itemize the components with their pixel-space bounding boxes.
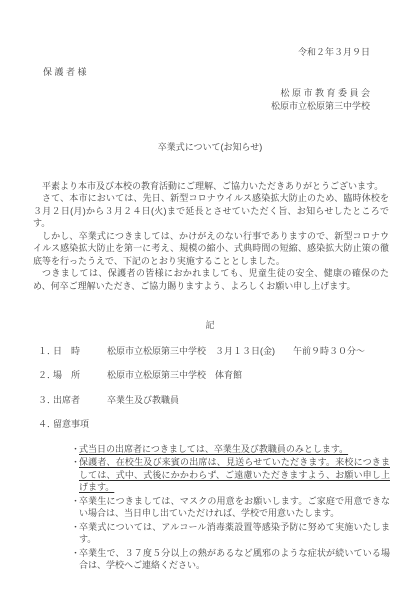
note-text: 卒業式については、アルコール消毒薬設置等感染予防に努めて実施いたします。 (79, 521, 390, 546)
note-bullet: ・ (71, 456, 79, 494)
document-title: 卒業式について(お知らせ) (0, 141, 420, 154)
list-item: ２． 場 所 松原市立松原第三中学校 体育館 (38, 369, 390, 382)
notice-document: 令和２年３月９日 保 護 者 様 松 原 市 教 育 委 員 会 松原市立松原第… (0, 0, 420, 597)
item-number: ２． (38, 369, 53, 382)
item-value (107, 418, 390, 431)
note-bullet: ・ (71, 443, 79, 456)
note-text: 卒業生で、３７度５分以上の熱があるなど風邪のような症状が続いている場合は、学校へ… (79, 547, 390, 572)
item-value: 卒業生及び教職員 (107, 394, 390, 407)
list-item: ４． 留意事項 (38, 418, 390, 431)
note-item: ・ 式当日の出席者につきましては、卒業生及び教職員のみとします。 (71, 443, 390, 456)
note-text: 保護者、在校生及び来賓の出席は、見送らせていただきます。来校につきましては、式中… (79, 456, 390, 494)
note-bullet: ・ (71, 495, 79, 520)
note-item: ・ 卒業生につきましては、マスクの用意をお願いします。ご家庭で用意できない場合は… (71, 495, 390, 520)
note-item: ・ 卒業式については、アルコール消毒薬設置等感染予防に努めて実施いたします。 (71, 521, 390, 546)
item-label: 場 所 (53, 369, 107, 382)
note-bullet: ・ (71, 521, 79, 546)
item-label: 留意事項 (53, 418, 107, 431)
body-paragraph: つきましては、保護者の皆様におかれましても、児童生徒の安全、健康の確保のため、何… (33, 267, 389, 292)
recipient: 保 護 者 様 (43, 66, 420, 79)
note-text: 卒業生につきましては、マスクの用意をお願いします。ご家庭で用意できない場合は、当… (79, 495, 390, 520)
item-number: ４． (38, 418, 53, 431)
note-item: ・ 保護者、在校生及び来賓の出席は、見送らせていただきます。来校につきましては、… (71, 456, 390, 494)
note-bullet: ・ (71, 547, 79, 572)
list-item: ３． 出席者 卒業生及び教職員 (38, 394, 390, 407)
body-paragraph: さて、本市においては、先日、新型コロナウイルス感染拡大防止のため、臨時休校を３月… (33, 192, 389, 230)
item-value: 松原市立松原第三中学校 ３月１３日(金) 午前９時３０分～ (107, 345, 390, 358)
sender-school: 松原市立松原第三中学校 (0, 100, 370, 113)
note-text: 式当日の出席者につきましては、卒業生及び教職員のみとします。 (79, 443, 390, 456)
document-date: 令和２年３月９日 (0, 0, 420, 59)
body-paragraph: 平素より本市及び本校の教育活動にご理解、ご協力いただきありがとうございます。 (33, 180, 389, 193)
record-marker: 記 (0, 319, 420, 332)
note-item: ・ 卒業生で、３７度５分以上の熱があるなど風邪のような症状が続いている場合は、学… (71, 547, 390, 572)
body-text: 平素より本市及び本校の教育活動にご理解、ご協力いただきありがとうございます。 さ… (33, 180, 389, 293)
notes-list: ・ 式当日の出席者につきましては、卒業生及び教職員のみとします。 ・ 保護者、在… (71, 443, 390, 572)
item-number: １． (38, 345, 53, 358)
item-number: ３． (38, 394, 53, 407)
item-label: 日 時 (53, 345, 107, 358)
item-value: 松原市立松原第三中学校 体育館 (107, 369, 390, 382)
body-paragraph: しかし、卒業式につきましては、かけがえのない行事でありますので、新型コロナウイル… (33, 230, 389, 268)
sender-committee: 松 原 市 教 育 委 員 会 (0, 87, 370, 100)
item-label: 出席者 (53, 394, 107, 407)
list-item: １． 日 時 松原市立松原第三中学校 ３月１３日(金) 午前９時３０分～ (38, 345, 390, 358)
sender-block: 松 原 市 教 育 委 員 会 松原市立松原第三中学校 (0, 87, 420, 112)
detail-list: １． 日 時 松原市立松原第三中学校 ３月１３日(金) 午前９時３０分～ ２． … (38, 345, 390, 431)
